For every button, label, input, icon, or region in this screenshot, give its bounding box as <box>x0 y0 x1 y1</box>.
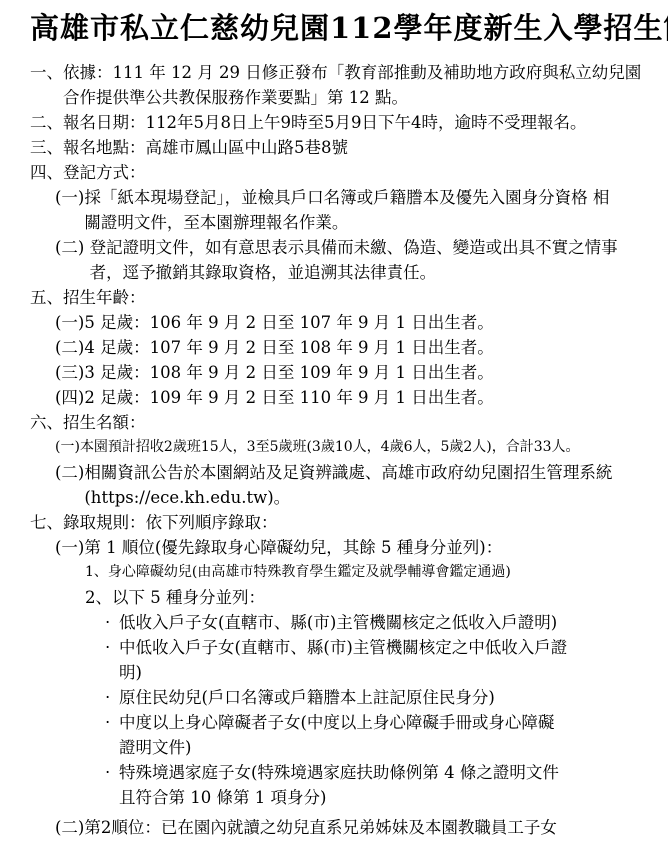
section-text-line: 報名地點：高雄市鳳山區中山路5巷8號 <box>63 135 348 160</box>
bullet-text-line: 低收入戶子女(直轄市、縣(市)主管機關核定之低收入戶證明) <box>119 610 557 635</box>
subsection: (二) 第2順位：已在園內就讀之幼兒直系兄弟姊妹及本園教職員工子女 <box>55 815 646 840</box>
subsection: (三) 3 足歲：108 年 9 月 2 日至 109 年 9 月 1 日出生者… <box>55 360 646 385</box>
item-number: 2、 <box>85 585 112 610</box>
subsection: (一) 採「紙本現場登記」，並檢具戶口名簿或戶籍謄本及優先入園身分資格 相 關證… <box>55 185 646 235</box>
subsection: (一) 本園預計招收2歲班15人，3至5歲班(3歲10人，4歲6人，5歲2人)，… <box>55 435 646 460</box>
item-text-line: 身心障礙幼兒(由高雄市特殊教育學生鑑定及就學輔導會鑑定通過) <box>108 560 511 585</box>
section-text-line: 招生年齡： <box>63 285 146 310</box>
section-number: 二、 <box>30 110 63 135</box>
section-heading: 七、 錄取規則：依下列順序錄取： <box>30 510 646 535</box>
bullet-item: ‧ 中低收入戶子女(直轄市、縣(市)主管機關核定之中低收入戶證 明) <box>105 635 646 685</box>
subsection-number: (一) <box>55 535 84 560</box>
subsection-text-line: 第 1 順位(優先錄取身心障礙幼兒，其餘 5 種身分並列)： <box>84 535 502 560</box>
bullet-text-line: 特殊境遇家庭子女(特殊境遇家庭扶助條例第 4 條之證明文件 <box>119 760 559 785</box>
section-text-line: 登記方式： <box>63 160 146 185</box>
section-number: 七、 <box>30 510 63 535</box>
doc-title: 高雄市私立仁慈幼兒園112學年度新生入學招生簡章 <box>30 8 646 48</box>
section-1: 一、 依據：111 年 12 月 29 日修正發布「教育部推動及補助地方政府與私… <box>30 60 646 110</box>
subsection-number: (四) <box>55 385 84 410</box>
subsection: (二) 4 足歲：107 年 9 月 2 日至 108 年 9 月 1 日出生者… <box>55 335 646 360</box>
bullet-text-line: 原住民幼兒(戶口名簿或戶籍謄本上註記原住民身分) <box>119 685 495 710</box>
section-heading: 二、 報名日期：112年5月8日上午9時至5月9日下午4時，逾時不受理報名。 <box>30 110 646 135</box>
item-text-line: 以下 5 種身分並列： <box>112 585 265 610</box>
section-heading: 五、 招生年齡： <box>30 285 646 310</box>
subsection-text-line: 關證明文件，至本園辦理報名作業。 <box>84 210 609 235</box>
section-3: 三、 報名地點：高雄市鳳山區中山路5巷8號 <box>30 135 646 160</box>
subsection-text-line: 登記證明文件，如有意思表示具備而未繳、偽造、變造或出具不實之情事 <box>90 235 618 260</box>
subsection: (一) 5 足歲：106 年 9 月 2 日至 107 年 9 月 1 日出生者… <box>55 310 646 335</box>
subsection-list: (一) 第 1 順位(優先錄取身心障礙幼兒，其餘 5 種身分並列)： 1、 身心… <box>55 535 646 840</box>
document-page: 高雄市私立仁慈幼兒園112學年度新生入學招生簡章 一、 依據：111 年 12 … <box>0 0 668 850</box>
subsection-text-line: 採「紙本現場登記」，並檢具戶口名簿或戶籍謄本及優先入園身分資格 相 <box>84 185 609 210</box>
bullet-icon: ‧ <box>105 685 119 710</box>
subsection-number: (一) <box>55 185 84 210</box>
section-number: 一、 <box>30 60 63 85</box>
subsection-number: (二) <box>55 335 84 360</box>
bullet-text-line: 中低收入戶子女(直轄市、縣(市)主管機關核定之中低收入戶證 <box>119 635 567 660</box>
subsection: (四) 2 足歲：109 年 9 月 2 日至 110 年 9 月 1 日出生者… <box>55 385 646 410</box>
priority-item: 2、 以下 5 種身分並列： ‧ 低收入戶子女(直轄市、縣(市)主管機關核定之低… <box>85 585 646 810</box>
subsection-list: (一) 本園預計招收2歲班15人，3至5歲班(3歲10人，4歲6人，5歲2人)，… <box>55 435 646 510</box>
section-heading: 三、 報名地點：高雄市鳳山區中山路5巷8號 <box>30 135 646 160</box>
subsection-group: (一) 第 1 順位(優先錄取身心障礙幼兒，其餘 5 種身分並列)： 1、 身心… <box>55 535 646 810</box>
item-number: 1、 <box>85 560 108 585</box>
subsection-number: (一) <box>55 435 80 460</box>
subsection-text-line: 2 足歲：109 年 9 月 2 日至 110 年 9 月 1 日出生者。 <box>84 385 493 410</box>
bullet-icon: ‧ <box>105 610 119 635</box>
bullet-icon: ‧ <box>105 760 119 785</box>
bullet-text-line: 明) <box>119 660 567 685</box>
subsection: (二) 相關資訊公告於本園網站及足資辨識處、高雄市政府幼兒園招生管理系統 (ht… <box>55 460 646 510</box>
bullet-item: ‧ 原住民幼兒(戶口名簿或戶籍謄本上註記原住民身分) <box>105 685 646 710</box>
subsection-list: (一) 5 足歲：106 年 9 月 2 日至 107 年 9 月 1 日出生者… <box>55 310 646 410</box>
bullet-text-line: 中度以上身心障礙者子女(中度以上身心障礙手冊或身心障礙 <box>119 710 554 735</box>
bullet-text-line: 且符合第 10 條第 1 項身分) <box>119 785 559 810</box>
bullet-item: ‧ 特殊境遇家庭子女(特殊境遇家庭扶助條例第 4 條之證明文件 且符合第 10 … <box>105 760 646 810</box>
section-text-line: 招生名額： <box>63 410 146 435</box>
subsection-text-line: 第2順位：已在園內就讀之幼兒直系兄弟姊妹及本園教職員工子女 <box>84 815 557 840</box>
bullet-icon: ‧ <box>105 710 119 735</box>
section-number: 三、 <box>30 135 63 160</box>
subsection-text-line: 4 足歲：107 年 9 月 2 日至 108 年 9 月 1 日出生者。 <box>84 335 493 360</box>
website-url: (https://ece.kh.edu.tw)。 <box>84 485 612 510</box>
subsection-number: (三) <box>55 360 84 385</box>
section-5: 五、 招生年齡： (一) 5 足歲：106 年 9 月 2 日至 107 年 9… <box>30 285 646 410</box>
subsection: (二) 登記證明文件，如有意思表示具備而未繳、偽造、變造或出具不實之情事 者，逕… <box>55 235 646 285</box>
section-7: 七、 錄取規則：依下列順序錄取： (一) 第 1 順位(優先錄取身心障礙幼兒，其… <box>30 510 646 840</box>
section-number: 六、 <box>30 410 63 435</box>
subsection-number: (一) <box>55 310 84 335</box>
subsection-text-line: 5 足歲：106 年 9 月 2 日至 107 年 9 月 1 日出生者。 <box>84 310 493 335</box>
subsection-text-line: 本園預計招收2歲班15人，3至5歲班(3歲10人，4歲6人，5歲2人)，合計33… <box>80 435 580 460</box>
subsection: (一) 第 1 順位(優先錄取身心障礙幼兒，其餘 5 種身分並列)： <box>55 535 646 560</box>
bullet-icon: ‧ <box>105 635 119 660</box>
subsection-text-line: 3 足歲：108 年 9 月 2 日至 109 年 9 月 1 日出生者。 <box>84 360 493 385</box>
section-text-line: 報名日期：112年5月8日上午9時至5月9日下午4時，逾時不受理報名。 <box>63 110 586 135</box>
section-6: 六、 招生名額： (一) 本園預計招收2歲班15人，3至5歲班(3歲10人，4歲… <box>30 410 646 510</box>
bullet-text-line: 證明文件) <box>119 735 554 760</box>
subsection-number: (二) <box>55 815 84 840</box>
subsection-text-line: 者，逕予撤銷其錄取資格，並追溯其法律責任。 <box>90 260 618 285</box>
section-text-line: 依據：111 年 12 月 29 日修正發布「教育部推動及補助地方政府與私立幼兒… <box>63 60 641 85</box>
section-text-line: 合作提供準公共教保服務作業要點」第 12 點。 <box>63 85 641 110</box>
bullet-item: ‧ 低收入戶子女(直轄市、縣(市)主管機關核定之低收入戶證明) <box>105 610 646 635</box>
priority-item-list: 1、 身心障礙幼兒(由高雄市特殊教育學生鑑定及就學輔導會鑑定通過) 2、 以下 … <box>85 560 646 810</box>
identity-bullet-list: ‧ 低收入戶子女(直轄市、縣(市)主管機關核定之低收入戶證明) ‧ 中低收入戶子… <box>105 610 646 810</box>
section-number: 五、 <box>30 285 63 310</box>
section-heading: 一、 依據：111 年 12 月 29 日修正發布「教育部推動及補助地方政府與私… <box>30 60 646 110</box>
section-2: 二、 報名日期：112年5月8日上午9時至5月9日下午4時，逾時不受理報名。 <box>30 110 646 135</box>
subsection-text-line: 相關資訊公告於本園網站及足資辨識處、高雄市政府幼兒園招生管理系統 <box>84 460 612 485</box>
section-heading: 六、 招生名額： <box>30 410 646 435</box>
subsection-number: (二) <box>55 460 84 485</box>
subsection-number: (二) <box>55 235 90 260</box>
bullet-item: ‧ 中度以上身心障礙者子女(中度以上身心障礙手冊或身心障礙 證明文件) <box>105 710 646 760</box>
section-4: 四、 登記方式： (一) 採「紙本現場登記」，並檢具戶口名簿或戶籍謄本及優先入園… <box>30 160 646 285</box>
section-number: 四、 <box>30 160 63 185</box>
section-text-line: 錄取規則：依下列順序錄取： <box>63 510 278 535</box>
section-heading: 四、 登記方式： <box>30 160 646 185</box>
subsection-list: (一) 採「紙本現場登記」，並檢具戶口名簿或戶籍謄本及優先入園身分資格 相 關證… <box>55 185 646 285</box>
priority-item: 1、 身心障礙幼兒(由高雄市特殊教育學生鑑定及就學輔導會鑑定通過) <box>85 560 646 585</box>
